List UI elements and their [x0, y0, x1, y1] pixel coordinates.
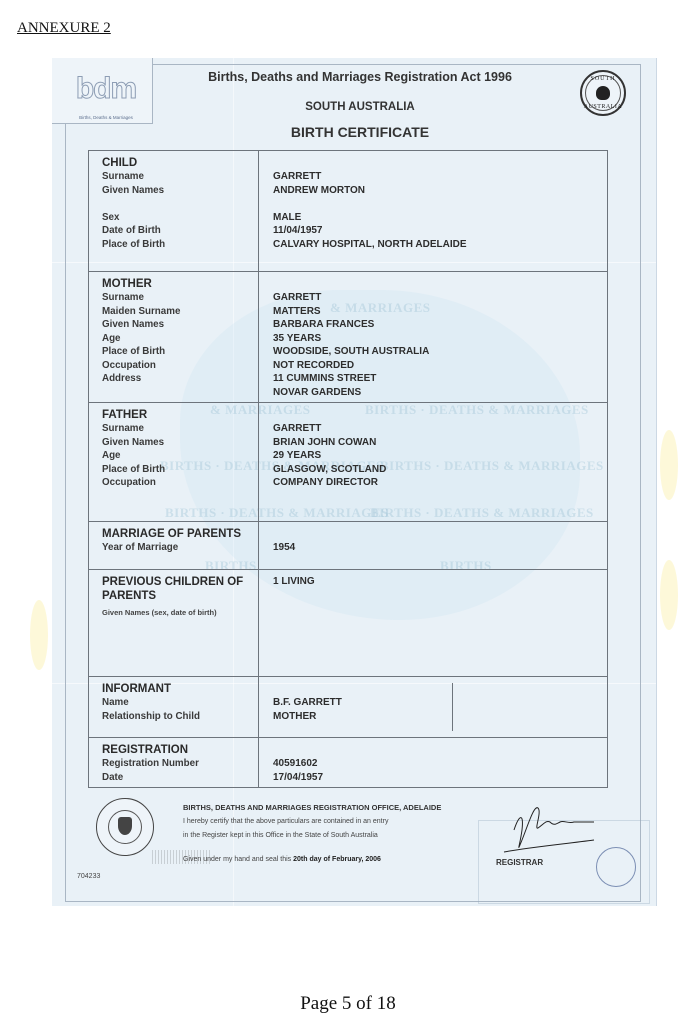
bdm-logo: bdm	[66, 72, 146, 106]
field-label: Place of Birth	[102, 345, 252, 359]
section-child: CHILD Surname Given Names Sex Date of Bi…	[89, 151, 607, 272]
certification-text: I hereby certify that the above particul…	[183, 818, 388, 825]
informant-relationship: MOTHER	[273, 710, 342, 724]
section-title: MOTHER	[102, 277, 252, 291]
informant-divider	[452, 683, 453, 731]
mother-maiden-surname: MATTERS	[273, 305, 429, 319]
act-title: Births, Deaths and Marriages Registratio…	[150, 70, 570, 84]
father-place-of-birth: GLASGOW, SCOTLAND	[273, 463, 386, 477]
section-informant: INFORMANT Name Relationship to Child B.F…	[89, 677, 607, 738]
field-label: Age	[102, 332, 252, 346]
previous-children-value: 1 LIVING	[273, 575, 315, 589]
background-decoration	[30, 600, 48, 670]
registrar-label: REGISTRAR	[496, 858, 543, 867]
registration-date: 17/04/1957	[273, 771, 323, 785]
registrar-seal-icon	[96, 798, 154, 856]
section-title: FATHER	[102, 408, 252, 422]
mother-age: 35 YEARS	[273, 332, 429, 346]
stamp-circle	[596, 847, 636, 887]
child-date-of-birth: 11/04/1957	[273, 224, 467, 238]
field-label: Address	[102, 372, 252, 386]
year-of-marriage: 1954	[273, 541, 295, 555]
section-registration: REGISTRATION Registration Number Date 40…	[89, 738, 607, 787]
background-decoration	[660, 560, 678, 630]
issue-statement: Given under my hand and seal this 20th d…	[183, 856, 381, 863]
field-label: Surname	[102, 291, 252, 305]
field-label: Surname	[102, 170, 252, 184]
child-given-names: ANDREW MORTON	[273, 184, 467, 198]
child-surname: GARRETT	[273, 170, 467, 184]
field-label: Year of Marriage	[102, 541, 252, 555]
field-label: Date	[102, 771, 252, 785]
state-name: SOUTH AUSTRALIA	[150, 101, 570, 113]
mother-place-of-birth: WOODSIDE, SOUTH AUSTRALIA	[273, 345, 429, 359]
field-label: Sex	[102, 211, 252, 225]
field-label: Date of Birth	[102, 224, 252, 238]
field-label: Registration Number	[102, 757, 252, 771]
certification-text: in the Register kept in this Office in t…	[183, 832, 378, 839]
issue-date: 20th day of February, 2006	[293, 856, 381, 863]
field-label: Name	[102, 696, 252, 710]
child-sex: MALE	[273, 211, 467, 225]
section-title: CHILD	[102, 156, 252, 170]
annexure-heading: ANNEXURE 2	[17, 20, 111, 37]
field-label: Surname	[102, 422, 252, 436]
field-label: Age	[102, 449, 252, 463]
father-given-names: BRIAN JOHN COWAN	[273, 436, 386, 450]
field-label: Given Names	[102, 184, 252, 198]
logo-subtitle: Births, Deaths & Marriages	[60, 115, 152, 120]
page-number: Page 5 of 18	[0, 993, 696, 1015]
mother-surname: GARRETT	[273, 291, 429, 305]
mother-occupation: NOT RECORDED	[273, 359, 429, 373]
father-age: 29 YEARS	[273, 449, 386, 463]
mother-address-line1: 11 CUMMINS STREET	[273, 372, 429, 386]
section-title: INFORMANT	[102, 682, 252, 696]
child-place-of-birth: CALVARY HOSPITAL, NORTH ADELAIDE	[273, 238, 467, 252]
section-previous-children: PREVIOUS CHILDREN OF PARENTS Given Names…	[89, 570, 607, 677]
field-label: Place of Birth	[102, 463, 252, 477]
mother-given-names: BARBARA FRANCES	[273, 318, 429, 332]
field-label: Relationship to Child	[102, 710, 252, 724]
birth-details-table: CHILD Surname Given Names Sex Date of Bi…	[88, 150, 608, 788]
section-title: PREVIOUS CHILDREN OF	[102, 575, 252, 589]
registration-office: BIRTHS, DEATHS AND MARRIAGES REGISTRATIO…	[183, 803, 441, 812]
section-title: PARENTS	[102, 589, 252, 603]
certificate-title: BIRTH CERTIFICATE	[150, 124, 570, 140]
field-label: Given Names	[102, 436, 252, 450]
father-surname: GARRETT	[273, 422, 386, 436]
registration-number: 40591602	[273, 757, 323, 771]
informant-name: B.F. GARRETT	[273, 696, 342, 710]
barcode	[152, 850, 212, 864]
background-decoration	[660, 430, 678, 500]
field-label: Occupation	[102, 476, 252, 490]
field-label: Maiden Surname	[102, 305, 252, 319]
serial-number: 704233	[77, 873, 100, 880]
mother-address-line2: NOVAR GARDENS	[273, 386, 429, 400]
section-mother: MOTHER Surname Maiden Surname Given Name…	[89, 272, 607, 403]
section-father: FATHER Surname Given Names Age Place of …	[89, 403, 607, 522]
section-marriage: MARRIAGE OF PARENTS Year of Marriage 195…	[89, 522, 607, 570]
field-label: Place of Birth	[102, 238, 252, 252]
registrar-signature	[494, 800, 604, 860]
field-label: Given Names	[102, 318, 252, 332]
field-label: Occupation	[102, 359, 252, 373]
section-title: MARRIAGE OF PARENTS	[102, 527, 252, 541]
section-title: REGISTRATION	[102, 743, 252, 757]
south-australia-seal-icon: SOUTH AUSTRALIA	[580, 70, 626, 116]
field-label: Given Names (sex, date of birth)	[102, 606, 252, 620]
father-occupation: COMPANY DIRECTOR	[273, 476, 386, 490]
